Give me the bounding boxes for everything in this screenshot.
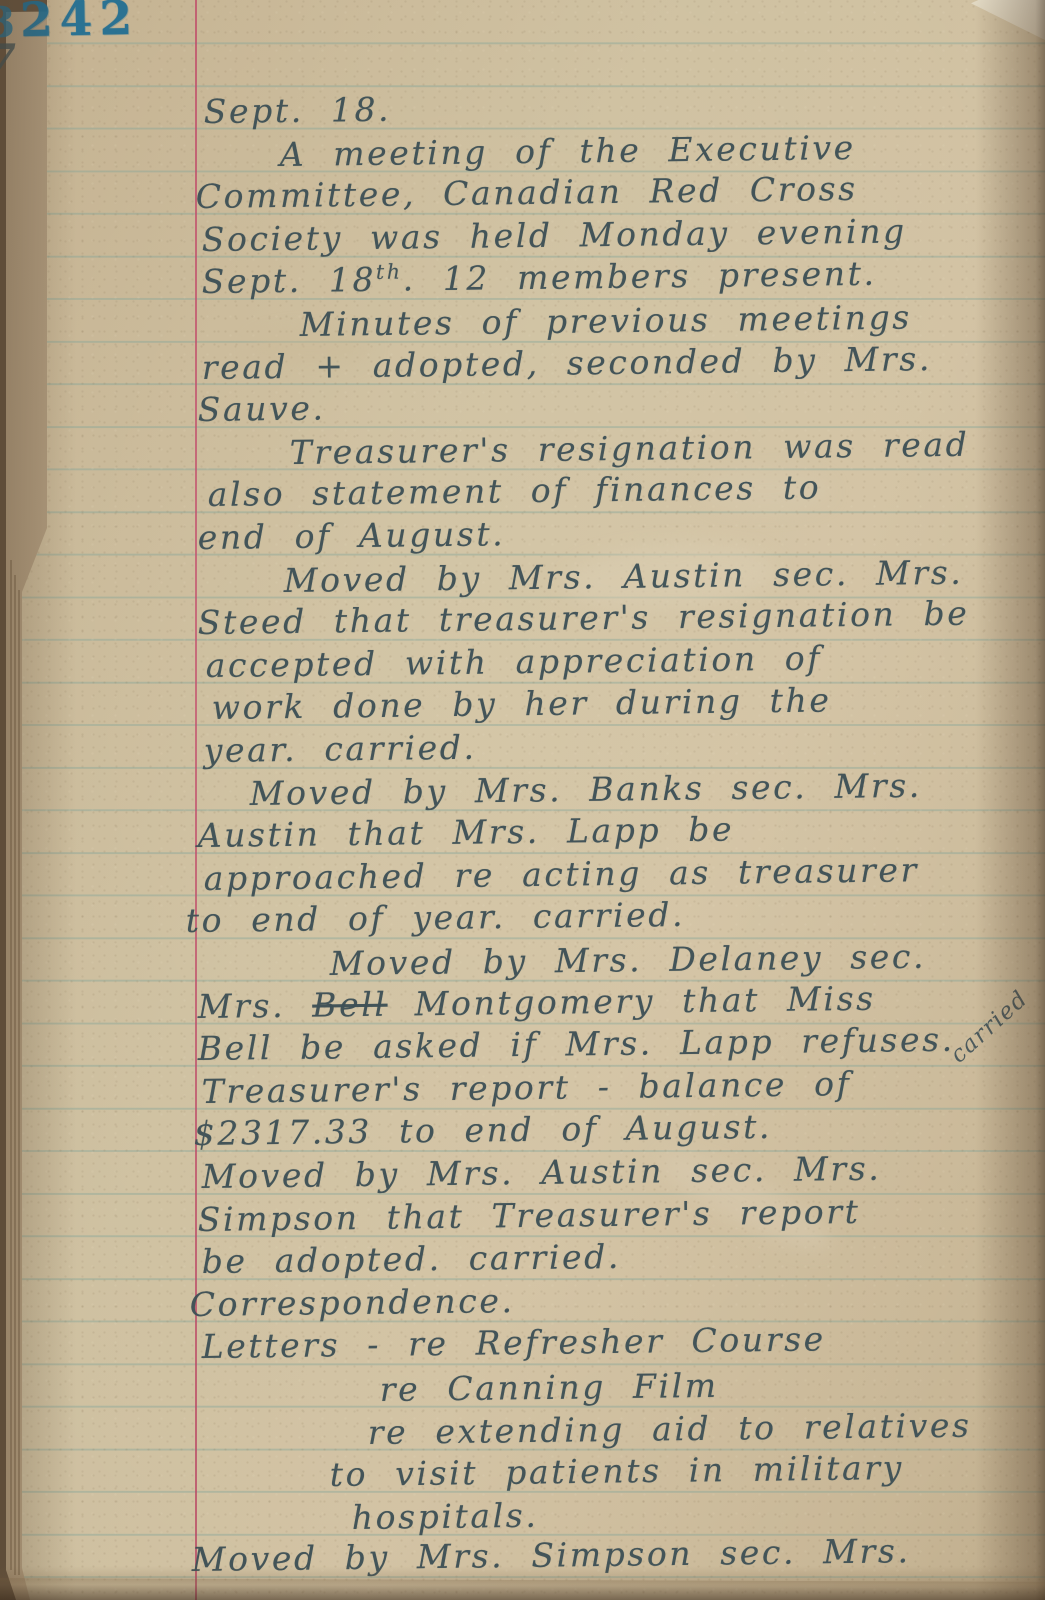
handwritten-line: Minutes of previous meetings [300, 298, 913, 344]
handwritten-line: Moved by Mrs. Banks sec. Mrs. [250, 765, 923, 812]
handwritten-line: Moved by Mrs. Austin sec. Mrs. [202, 1149, 882, 1196]
handwritten-line: to end of year. carried. [186, 895, 686, 940]
handwritten-line: Committee, Canadian Red Cross [196, 169, 858, 216]
handwritten-line: $2317.33 to end of August. [194, 1107, 773, 1153]
handwritten-line: read + adopted, seconded by Mrs. [202, 339, 933, 387]
handwritten-line: Moved by Mrs. Delaney sec. [330, 937, 927, 983]
handwritten-line: hospitals. [352, 1496, 539, 1537]
binding-shadow [0, 0, 90, 1600]
handwritten-line: to visit patients in military [330, 1448, 905, 1494]
handwritten-line: re extending aid to relatives [368, 1405, 972, 1451]
handwritten-line: be adopted. carried. [202, 1237, 622, 1281]
handwritten-line: Bell be asked if Mrs. Lapp refuses. [198, 1020, 955, 1068]
handwritten-line: Mrs. Bell Montgomery that Miss [198, 978, 876, 1025]
handwritten-line: Treasurer's report - balance of [202, 1064, 852, 1111]
scanned-minute-book-page: Sept. 18.A meeting of the ExecutiveCommi… [0, 0, 1045, 1600]
handwritten-line: Steed that treasurer's resignation be [198, 594, 970, 642]
handwritten-line: accepted with appreciation of [206, 638, 823, 685]
notebook-page: Sept. 18.A meeting of the ExecutiveCommi… [0, 0, 1045, 1600]
handwritten-line: Simpson that Treasurer's report [198, 1191, 861, 1238]
handwritten-line: Austin that Mrs. Lapp be [198, 810, 735, 856]
handwritten-line: also statement of finances to [208, 468, 822, 514]
handwritten-line: approached re acting as treasurer [204, 850, 920, 898]
handwritten-text-block: Sept. 18.A meeting of the ExecutiveCommi… [0, 0, 1045, 1600]
handwritten-line: Treasurer's resignation was read [290, 424, 970, 471]
handwritten-line: Sept. 18. [204, 90, 392, 131]
handwritten-line: A meeting of the Executive [280, 128, 856, 174]
handwritten-line: Society was held Monday evening [202, 211, 907, 259]
handwritten-line: Letters - re Refresher Course [202, 1320, 826, 1367]
handwritten-line: re Canning Film [380, 1366, 719, 1409]
handwritten-line: Moved by Mrs. Austin sec. Mrs. [284, 552, 964, 599]
handwritten-line: year. carried. [204, 728, 477, 770]
page-edge-shadow [975, 0, 1045, 1600]
handwritten-line: Sept. 18th. 12 members present. [202, 254, 877, 301]
handwritten-line: work done by her during the [212, 681, 832, 728]
bottom-page-edge [0, 1566, 1045, 1600]
handwritten-line: end of August. [198, 514, 506, 557]
handwritten-line: Sauve. [198, 389, 326, 430]
handwritten-line: Correspondence. [190, 1281, 515, 1324]
